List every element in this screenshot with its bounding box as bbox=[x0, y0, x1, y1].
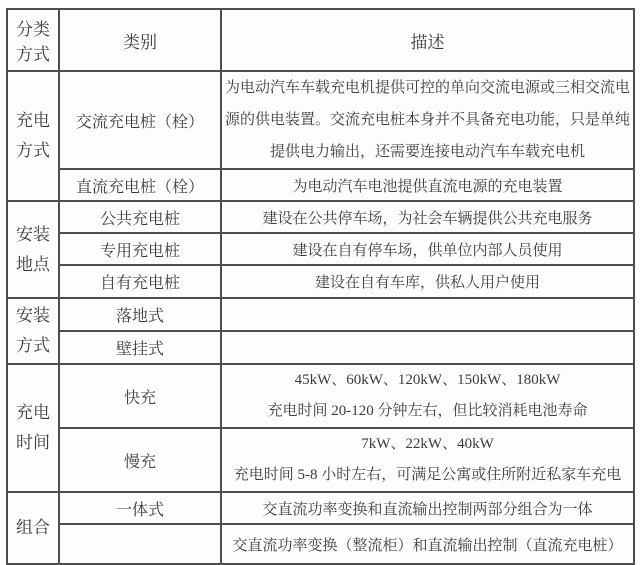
section-label-charging-mode: 充电方式 bbox=[7, 71, 59, 201]
table-row: 安装地点 公共充电桩 建设在公共停车场，为社会车辆提供公共充电服务 bbox=[7, 201, 634, 233]
table-row: 组合 一体式 交直流功率变换和直流输出控制两部分组合为一体 bbox=[7, 492, 634, 524]
table-row: 自有充电桩 建设在自有车库，供私人用户使用 bbox=[7, 265, 634, 298]
category-cell bbox=[59, 524, 221, 552]
table-row: 专用充电桩 建设在自有停车场，供单位内部人员使用 bbox=[7, 233, 634, 265]
table-row: 交直流功率变换（整流柜）和直流输出控制（直流充电桩） bbox=[7, 524, 634, 552]
table-row: 充电方式 交流充电桩（栓） 为电动汽车车载充电机提供可控的单向交流电源或三相交流… bbox=[7, 71, 634, 169]
category-cell: 交流充电桩（栓） bbox=[59, 71, 221, 169]
description-cell: 建设在自有车库，供私人用户使用 bbox=[221, 265, 634, 298]
description-cell: 交直流功率变换和直流输出控制两部分组合为一体 bbox=[221, 492, 634, 524]
section-label-install-style: 安装方式 bbox=[7, 298, 59, 364]
category-cell: 慢充 bbox=[59, 428, 221, 492]
description-text: 为电动汽车车载充电机提供可控的单向交流电源或三相交流电源的供电装置。交流充电桩本… bbox=[225, 72, 630, 168]
description-cell: 建设在自有停车场，供单位内部人员使用 bbox=[221, 233, 634, 265]
category-cell: 落地式 bbox=[59, 298, 221, 331]
description-line: 充电时间 20-120 分钟左右，但比较消耗电池寿命 bbox=[225, 396, 630, 427]
description-line: 充电时间 5-8 小时左右，可满足公寓或住所附近私家车充电 bbox=[225, 460, 630, 491]
description-cell bbox=[221, 298, 634, 331]
description-cell: 7kW、22kW、40kW 充电时间 5-8 小时左右，可满足公寓或住所附近私家… bbox=[221, 428, 634, 492]
category-cell: 自有充电桩 bbox=[59, 265, 221, 298]
header-description: 描述 bbox=[221, 9, 634, 71]
charging-pile-classification-table: 分类方式 类别 描述 充电方式 交流充电桩（栓） 为电动汽车车载充电机提供可控的… bbox=[6, 8, 635, 552]
description-cell: 交直流功率变换（整流柜）和直流输出控制（直流充电桩） bbox=[221, 524, 634, 552]
header-category: 类别 bbox=[59, 9, 221, 71]
table-header-row: 分类方式 类别 描述 bbox=[7, 9, 634, 71]
description-cell: 为电动汽车车载充电机提供可控的单向交流电源或三相交流电源的供电装置。交流充电桩本… bbox=[221, 71, 634, 169]
section-label-charging-time: 充电时间 bbox=[7, 364, 59, 492]
description-line: 7kW、22kW、40kW bbox=[225, 429, 630, 460]
charging-pile-table-container: 分类方式 类别 描述 充电方式 交流充电桩（栓） 为电动汽车车载充电机提供可控的… bbox=[6, 8, 635, 552]
category-cell: 壁挂式 bbox=[59, 331, 221, 364]
description-cell: 45kW、60kW、120kW、150kW、180kW 充电时间 20-120 … bbox=[221, 364, 634, 428]
category-cell: 专用充电桩 bbox=[59, 233, 221, 265]
section-label-install-location: 安装地点 bbox=[7, 201, 59, 298]
category-cell: 公共充电桩 bbox=[59, 201, 221, 233]
table-row: 直流充电桩（栓） 为电动汽车电池提供直流电源的充电装置 bbox=[7, 169, 634, 201]
description-line: 45kW、60kW、120kW、150kW、180kW bbox=[225, 365, 630, 396]
table-row: 慢充 7kW、22kW、40kW 充电时间 5-8 小时左右，可满足公寓或住所附… bbox=[7, 428, 634, 492]
category-cell: 一体式 bbox=[59, 492, 221, 524]
description-cell: 建设在公共停车场，为社会车辆提供公共充电服务 bbox=[221, 201, 634, 233]
section-label-combination: 组合 bbox=[7, 492, 59, 552]
table-row: 壁挂式 bbox=[7, 331, 634, 364]
category-cell: 直流充电桩（栓） bbox=[59, 169, 221, 201]
description-cell: 为电动汽车电池提供直流电源的充电装置 bbox=[221, 169, 634, 201]
table-row: 安装方式 落地式 bbox=[7, 298, 634, 331]
table-row: 充电时间 快充 45kW、60kW、120kW、150kW、180kW 充电时间… bbox=[7, 364, 634, 428]
description-cell bbox=[221, 331, 634, 364]
category-cell: 快充 bbox=[59, 364, 221, 428]
header-classification: 分类方式 bbox=[7, 9, 59, 71]
